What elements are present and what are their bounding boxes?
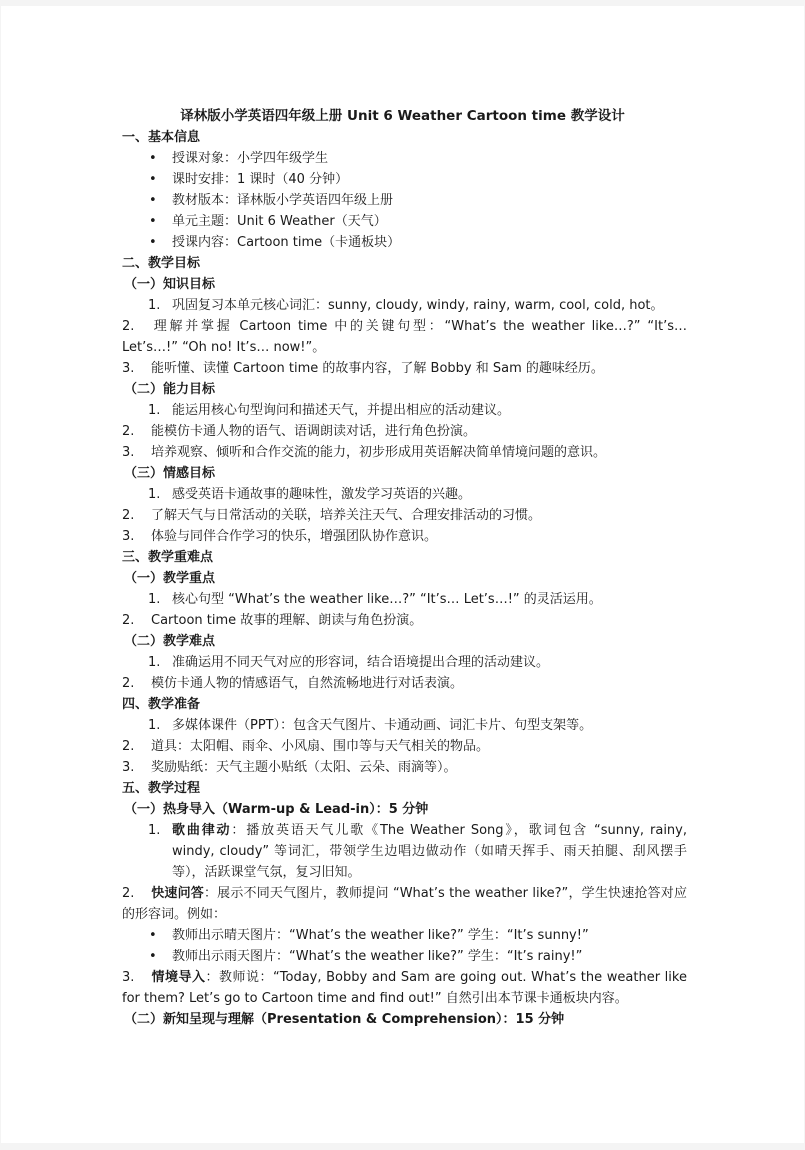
list-item: 1.感受英语卡通故事的趣味性，激发学习英语的兴趣。	[122, 484, 687, 505]
bullet-icon: •	[149, 169, 157, 190]
list-item: •课时安排：1 课时（40 分钟）	[122, 169, 687, 190]
bullet-icon: •	[149, 232, 157, 253]
list-item: 1.歌曲律动：播放英语天气儿歌《The Weather Song》，歌词包含 “…	[122, 820, 687, 883]
document-page: 译林版小学英语四年级上册 Unit 6 Weather Cartoon time…	[1, 6, 804, 1143]
bullet-icon: •	[149, 211, 157, 232]
section-heading-objectives: 二、教学目标	[122, 253, 687, 274]
list-item: 3.体验与同伴合作学习的快乐，增强团队协作意识。	[122, 526, 687, 547]
subsection-heading-knowledge: （一）知识目标	[124, 274, 687, 295]
document-body: 译林版小学英语四年级上册 Unit 6 Weather Cartoon time…	[122, 106, 687, 1030]
subsection-heading-emotion: （三）情感目标	[124, 463, 687, 484]
list-item: 1.准确运用不同天气对应的形容词，结合语境提出合理的活动建议。	[122, 652, 687, 673]
list-item: 3.奖励贴纸：天气主题小贴纸（太阳、云朵、雨滴等）。	[122, 757, 687, 778]
list-item: 2.道具：太阳帽、雨伞、小风扇、围巾等与天气相关的物品。	[122, 736, 687, 757]
list-item: 3.能听懂、读懂 Cartoon time 的故事内容，了解 Bobby 和 S…	[122, 358, 687, 379]
list-item: 2.模仿卡通人物的情感语气，自然流畅地进行对话表演。	[122, 673, 687, 694]
list-item: 2.Cartoon time 故事的理解、朗读与角色扮演。	[122, 610, 687, 631]
subsection-heading-ability: （二）能力目标	[124, 379, 687, 400]
list-item: 2.了解天气与日常活动的关联，培养关注天气、合理安排活动的习惯。	[122, 505, 687, 526]
list-item: •教材版本：译林版小学英语四年级上册	[122, 190, 687, 211]
list-item: 1.核心句型 “What’s the weather like…?” “It’s…	[122, 589, 687, 610]
list-item: 1.多媒体课件（PPT）：包含天气图片、卡通动画、词汇卡片、句型支架等。	[122, 715, 687, 736]
list-item: •教师出示雨天图片：“What’s the weather like?” 学生：…	[122, 946, 687, 967]
section-heading-basic-info: 一、基本信息	[122, 127, 687, 148]
subsection-heading-focus: （一）教学重点	[124, 568, 687, 589]
bullet-icon: •	[149, 946, 157, 967]
list-item: 2.理解并掌握 Cartoon time 中的关键句型：“What’s the …	[122, 316, 687, 358]
section-heading-key-points: 三、教学重难点	[122, 547, 687, 568]
subsection-heading-presentation: （二）新知呈现与理解（Presentation & Comprehension）…	[124, 1009, 687, 1030]
subsection-heading-warmup: （一）热身导入（Warm-up & Lead-in）：5 分钟	[124, 799, 687, 820]
list-item: •教师出示晴天图片：“What’s the weather like?” 学生：…	[122, 925, 687, 946]
section-heading-preparation: 四、教学准备	[122, 694, 687, 715]
bullet-icon: •	[149, 190, 157, 211]
list-item: 2.能模仿卡通人物的语气、语调朗读对话，进行角色扮演。	[122, 421, 687, 442]
bullet-icon: •	[149, 148, 157, 169]
section-heading-process: 五、教学过程	[122, 778, 687, 799]
list-item: 1.巩固复习本单元核心词汇：sunny, cloudy, windy, rain…	[122, 295, 687, 316]
list-item: 1.能运用核心句型询问和描述天气，并提出相应的活动建议。	[122, 400, 687, 421]
list-item: 3.情境导入：教师说：“Today, Bobby and Sam are goi…	[122, 967, 687, 1009]
subsection-heading-difficulty: （二）教学难点	[124, 631, 687, 652]
list-item: 3.培养观察、倾听和合作交流的能力，初步形成用英语解决简单情境问题的意识。	[122, 442, 687, 463]
bullet-icon: •	[149, 925, 157, 946]
list-item: •单元主题：Unit 6 Weather（天气）	[122, 211, 687, 232]
list-item: •授课内容：Cartoon time（卡通板块）	[122, 232, 687, 253]
list-item: •授课对象：小学四年级学生	[122, 148, 687, 169]
list-item: 2.快速问答：展示不同天气图片，教师提问 “What’s the weather…	[122, 883, 687, 925]
document-title: 译林版小学英语四年级上册 Unit 6 Weather Cartoon time…	[118, 106, 687, 127]
